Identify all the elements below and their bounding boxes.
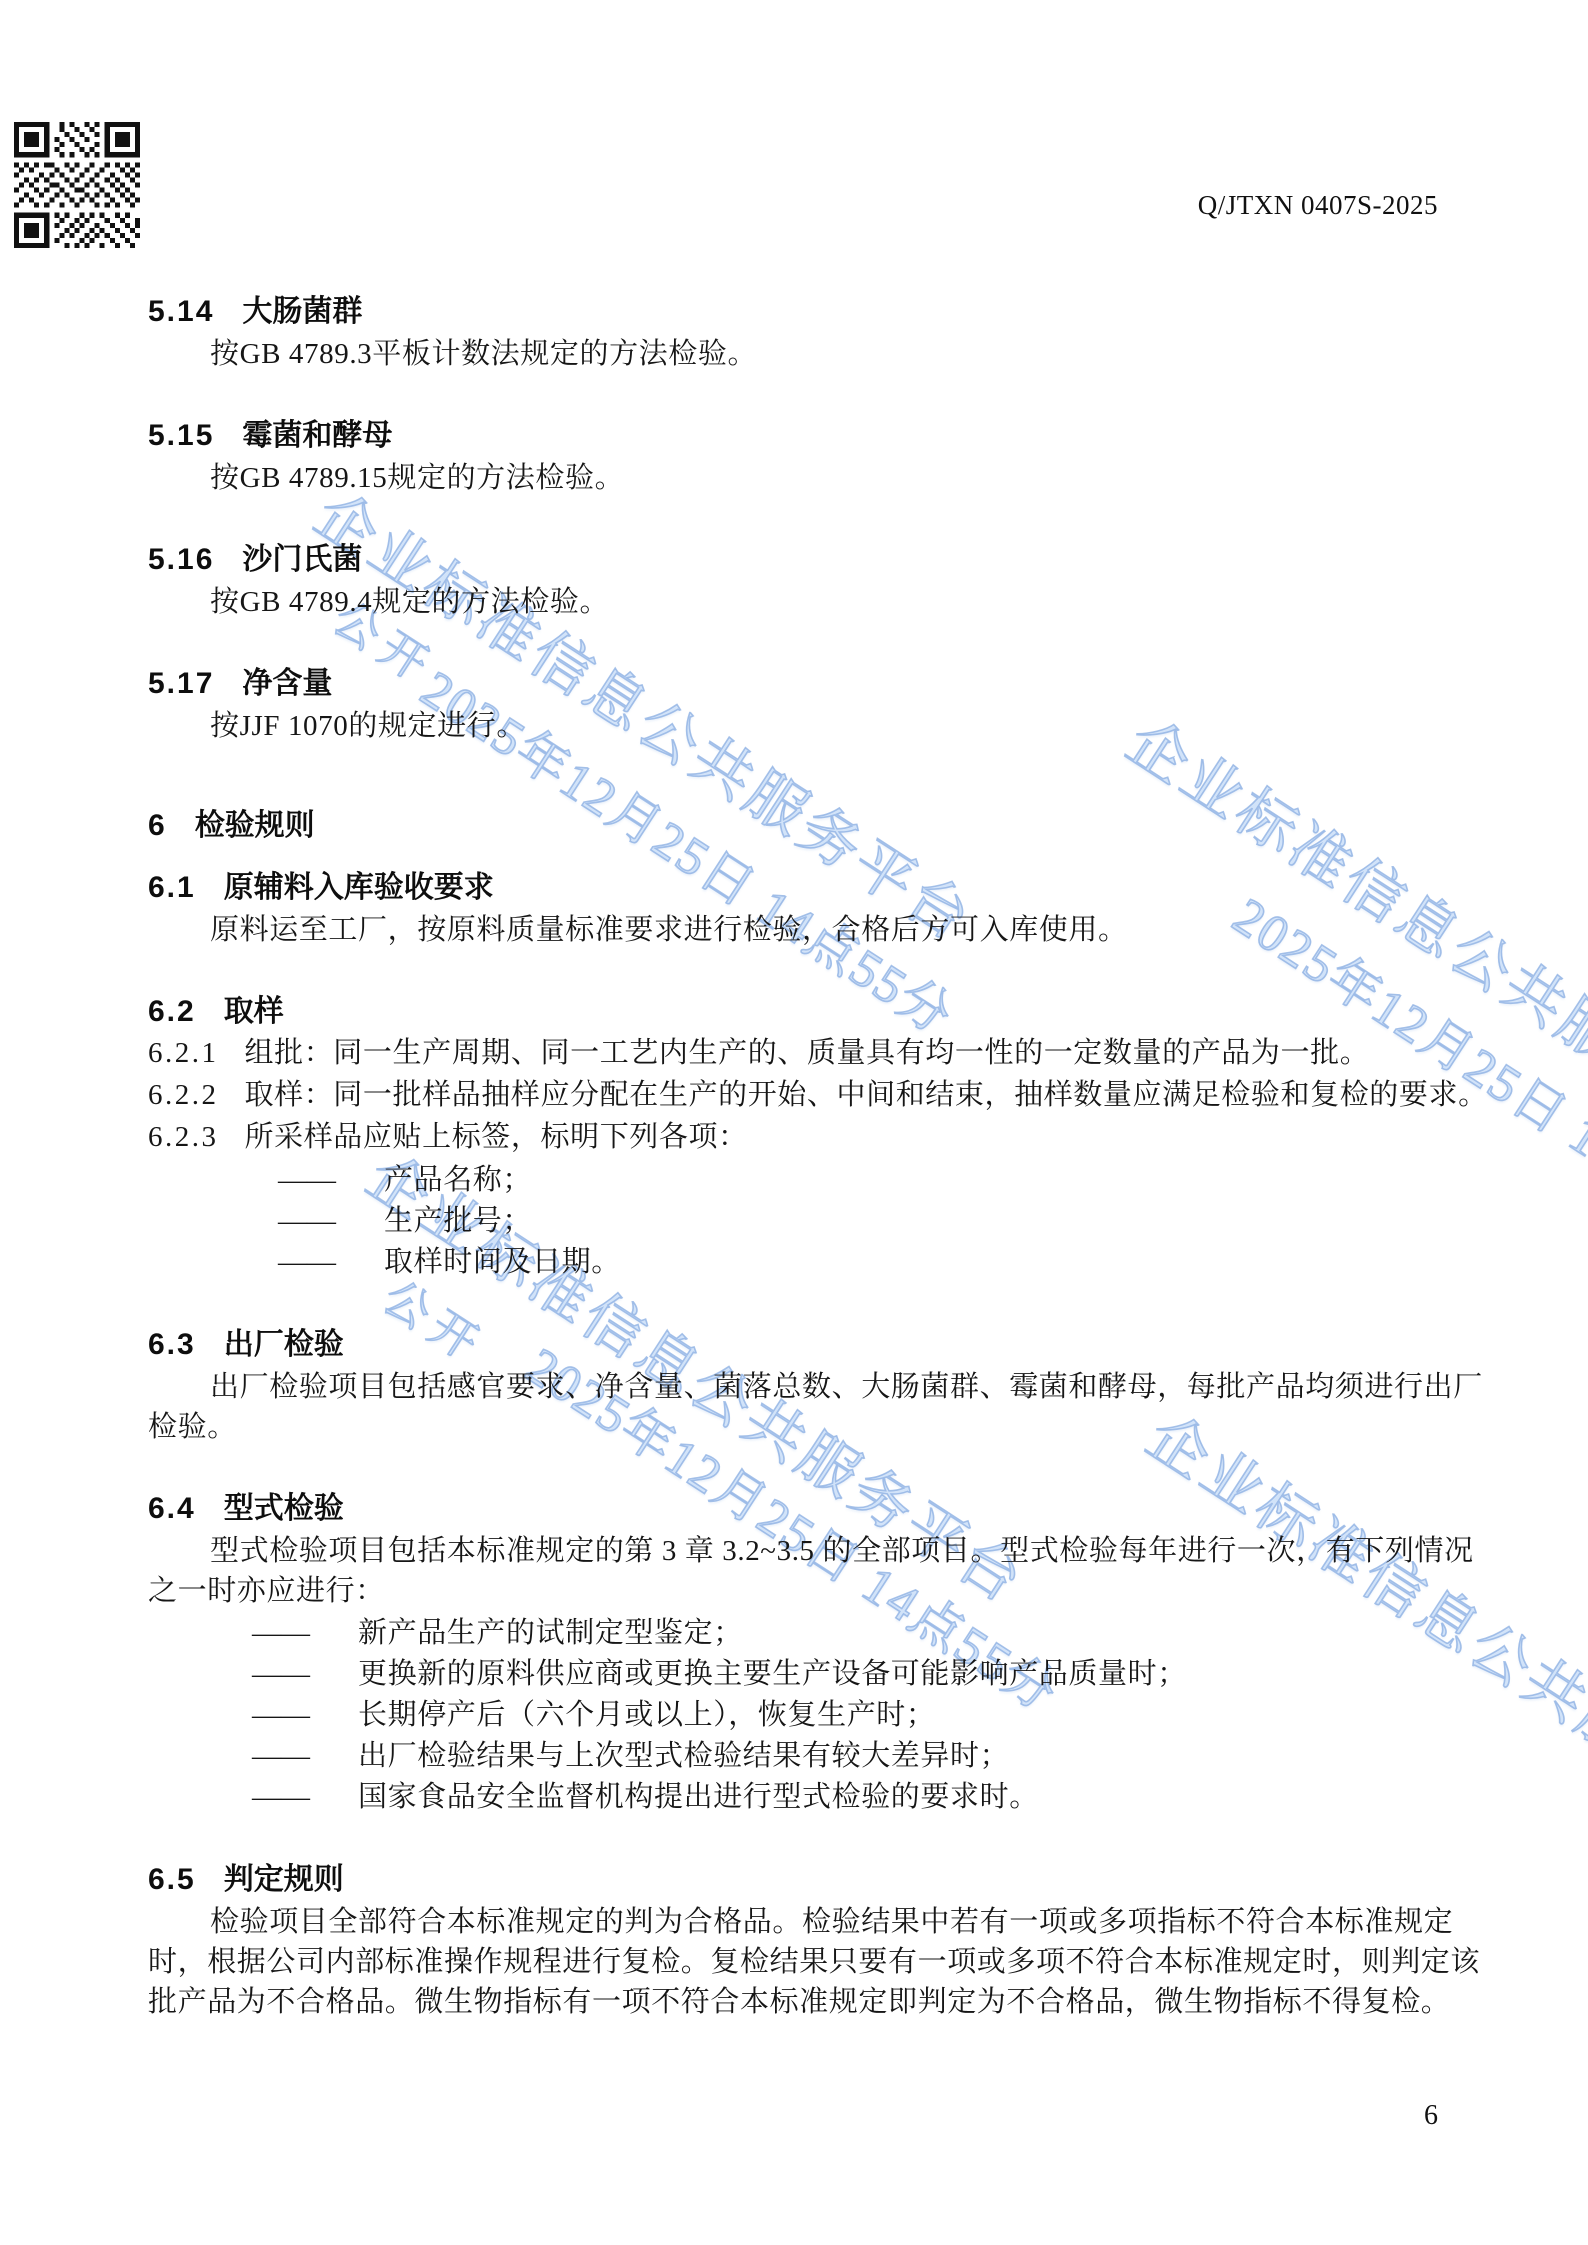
section-heading: 6.3出厂检验 [148, 1325, 1588, 1365]
numbered-clause: 6.2.3所采样品应贴上标签，标明下列各项： [148, 1117, 1588, 1158]
clause-text: 取样：同一批样品抽样应分配在生产的开始、中间和结束，抽样数量应满足检验和复检的要… [245, 1079, 1488, 1111]
heading-number: 6.4 [148, 1489, 196, 1529]
heading-title: 检验规则 [195, 809, 315, 842]
list-item: ——长期停产后（六个月或以上），恢复生产时； [252, 1695, 1588, 1736]
section-heading: 5.15霉菌和酵母 [148, 416, 1588, 456]
dash-marker: —— [278, 1201, 336, 1242]
heading-number: 5.14 [148, 292, 214, 332]
list-item: ——生产批号； [278, 1201, 1588, 1242]
list-item: ——取样时间及日期。 [278, 1242, 1588, 1283]
heading-title: 净含量 [242, 667, 332, 700]
document-page: { "page": { "code": "Q/JTXN 0407S-2025",… [0, 0, 1588, 2245]
paragraph-line: 出厂检验项目包括感官要求、净含量、菌落总数、大肠菌群、霉菌和酵母，每批产品均须进… [148, 1367, 1483, 1407]
paragraph: 按GB 4789.3平板计数法规定的方法检验。 [148, 334, 1483, 374]
list-item: ——国家食品安全监督机构提出进行型式检验的要求时。 [252, 1777, 1588, 1818]
paragraph-line: 按GB 4789.15规定的方法检验。 [148, 458, 1483, 498]
list-item: ——更换新的原料供应商或更换主要生产设备可能影响产品质量时； [252, 1654, 1588, 1695]
clause-number: 6.2.3 [148, 1117, 219, 1158]
standard-code-header: Q/JTXN 0407S-2025 [1198, 190, 1438, 221]
dash-list: ——新产品生产的试制定型鉴定；——更换新的原料供应商或更换主要生产设备可能影响产… [0, 1613, 1588, 1818]
dash-marker: —— [252, 1654, 310, 1695]
list-item-text: 出厂检验结果与上次型式检验结果有较大差异时； [358, 1740, 1009, 1772]
heading-title: 型式检验 [224, 1492, 344, 1525]
dash-marker: —— [278, 1242, 336, 1283]
paragraph-line: 批产品为不合格品。微生物指标有一项不符合本标准规定即判定为不合格品，微生物指标不… [148, 1982, 1483, 2022]
dash-marker: —— [278, 1160, 336, 1201]
paragraph-line: 原料运至工厂，按原料质量标准要求进行检验，合格后方可入库使用。 [148, 910, 1483, 950]
list-item-text: 取样时间及日期。 [384, 1246, 621, 1278]
section-heading: 6检验规则 [148, 806, 1588, 846]
section-heading: 6.2取样 [148, 992, 1588, 1032]
section-heading: 6.5判定规则 [148, 1860, 1588, 1900]
heading-number: 6.2 [148, 992, 196, 1032]
paragraph: 按GB 4789.15规定的方法检验。 [148, 458, 1483, 498]
list-item-text: 生产批号； [384, 1205, 532, 1237]
dash-marker: —— [252, 1695, 310, 1736]
heading-title: 判定规则 [224, 1863, 344, 1896]
numbered-clause: 6.2.2取样：同一批样品抽样应分配在生产的开始、中间和结束，抽样数量应满足检验… [148, 1075, 1588, 1116]
list-item: ——新产品生产的试制定型鉴定； [252, 1613, 1588, 1654]
section-heading: 5.14大肠菌群 [148, 292, 1588, 332]
paragraph: 按GB 4789.4规定的方法检验。 [148, 582, 1483, 622]
heading-title: 原辅料入库验收要求 [224, 871, 494, 904]
clause-number: 6.2.1 [148, 1033, 219, 1074]
paragraph-line: 型式检验项目包括本标准规定的第 3 章 3.2~3.5 的全部项目。型式检验每年… [148, 1531, 1483, 1571]
paragraph: 出厂检验项目包括感官要求、净含量、菌落总数、大肠菌群、霉菌和酵母，每批产品均须进… [148, 1367, 1483, 1447]
list-item: ——产品名称； [278, 1160, 1588, 1201]
list-item-text: 产品名称； [384, 1164, 532, 1196]
paragraph: 检验项目全部符合本标准规定的判为合格品。检验结果中若有一项或多项指标不符合本标准… [148, 1902, 1483, 2022]
heading-number: 6.1 [148, 868, 196, 908]
document-body: 5.14大肠菌群按GB 4789.3平板计数法规定的方法检验。5.15霉菌和酵母… [0, 250, 1588, 2022]
paragraph: 型式检验项目包括本标准规定的第 3 章 3.2~3.5 的全部项目。型式检验每年… [148, 1531, 1483, 1611]
paragraph-line: 之一时亦应进行： [148, 1571, 1483, 1611]
dash-marker: —— [252, 1777, 310, 1818]
heading-number: 5.17 [148, 664, 214, 704]
numbered-clause: 6.2.1组批：同一生产周期、同一工艺内生产的、质量具有均一性的一定数量的产品为… [148, 1033, 1588, 1074]
heading-number: 5.16 [148, 540, 214, 580]
dash-marker: —— [252, 1736, 310, 1777]
clause-text: 组批：同一生产周期、同一工艺内生产的、质量具有均一性的一定数量的产品为一批。 [245, 1037, 1370, 1069]
paragraph-line: 检验。 [148, 1407, 1483, 1447]
list-item-text: 长期停产后（六个月或以上），恢复生产时； [358, 1699, 936, 1731]
paragraph-line: 检验项目全部符合本标准规定的判为合格品。检验结果中若有一项或多项指标不符合本标准… [148, 1902, 1483, 1942]
list-item: ——出厂检验结果与上次型式检验结果有较大差异时； [252, 1736, 1588, 1777]
heading-title: 霉菌和酵母 [242, 419, 392, 452]
list-item-text: 更换新的原料供应商或更换主要生产设备可能影响产品质量时； [358, 1658, 1187, 1690]
section-heading: 6.1原辅料入库验收要求 [148, 868, 1588, 908]
clause-number: 6.2.2 [148, 1075, 219, 1116]
page-number: 6 [1424, 2100, 1438, 2132]
dash-marker: —— [252, 1613, 310, 1654]
heading-title: 出厂检验 [224, 1328, 344, 1361]
paragraph-line: 按GB 4789.3平板计数法规定的方法检验。 [148, 334, 1483, 374]
section-heading: 5.16沙门氏菌 [148, 540, 1588, 580]
list-item-text: 新产品生产的试制定型鉴定； [358, 1617, 743, 1649]
qr-code-icon [14, 122, 140, 248]
heading-number: 5.15 [148, 416, 214, 456]
heading-title: 大肠菌群 [242, 295, 362, 328]
paragraph-line: 按JJF 1070的规定进行。 [148, 706, 1483, 746]
dash-list: ——产品名称；——生产批号；——取样时间及日期。 [0, 1160, 1588, 1283]
paragraph: 原料运至工厂，按原料质量标准要求进行检验，合格后方可入库使用。 [148, 910, 1483, 950]
clause-text: 所采样品应贴上标签，标明下列各项： [245, 1121, 748, 1153]
heading-title: 取样 [224, 995, 284, 1028]
section-heading: 5.17净含量 [148, 664, 1588, 704]
heading-title: 沙门氏菌 [242, 543, 362, 576]
heading-number: 6 [148, 806, 167, 846]
heading-number: 6.3 [148, 1325, 196, 1365]
list-item-text: 国家食品安全监督机构提出进行型式检验的要求时。 [358, 1781, 1039, 1813]
paragraph-line: 按GB 4789.4规定的方法检验。 [148, 582, 1483, 622]
paragraph: 按JJF 1070的规定进行。 [148, 706, 1483, 746]
paragraph-line: 时，根据公司内部标准操作规程进行复检。复检结果只要有一项或多项不符合本标准规定时… [148, 1942, 1483, 1982]
heading-number: 6.5 [148, 1860, 196, 1900]
section-heading: 6.4型式检验 [148, 1489, 1588, 1529]
